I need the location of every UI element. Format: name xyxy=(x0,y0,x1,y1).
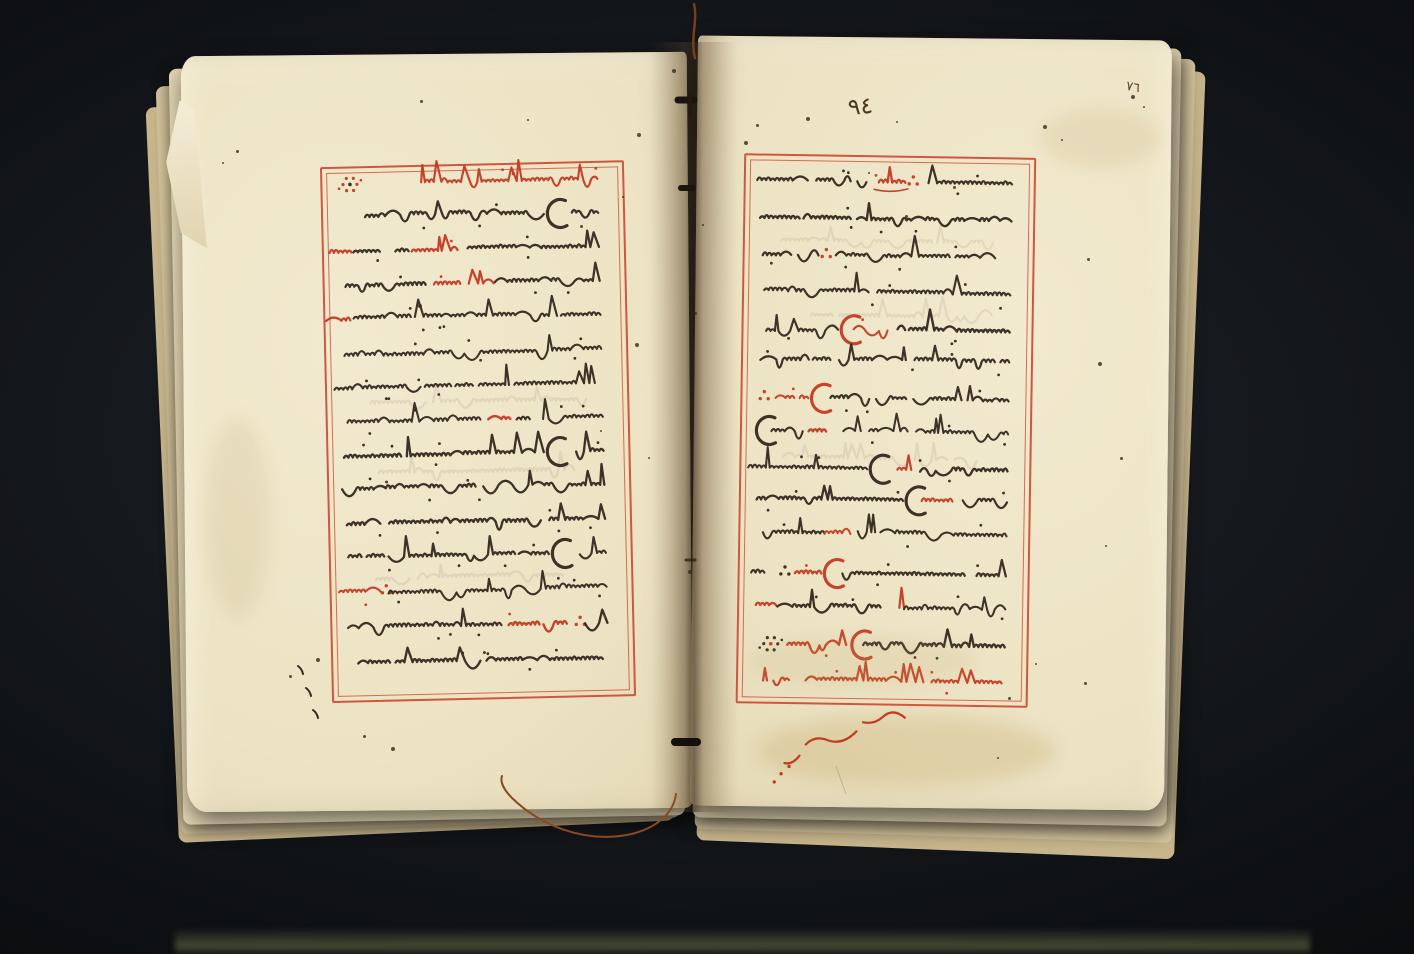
left-page xyxy=(181,52,694,812)
left-text-frame xyxy=(320,160,636,703)
folio-number: ٩٤ xyxy=(847,93,874,121)
corner-foliation-mark: ٧٦ xyxy=(1125,79,1141,96)
open-manuscript-book: ٩٤ ٧٦ xyxy=(0,0,1414,954)
left-page-handwritten-text xyxy=(322,162,634,701)
right-page-handwritten-text xyxy=(738,155,1035,705)
binding-thread-top xyxy=(693,4,695,58)
right-page xyxy=(690,36,1172,811)
right-text-frame xyxy=(736,153,1037,708)
photograph: ٩٤ ٧٦ xyxy=(0,0,1414,954)
